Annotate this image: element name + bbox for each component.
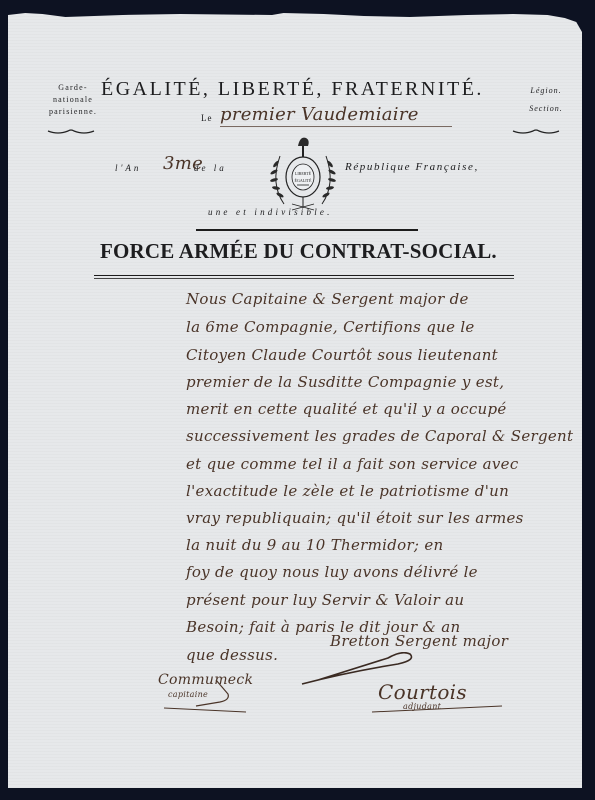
body-line: vray republiquain; qu'il étoit sur les a… — [186, 509, 524, 527]
body-line: que dessus. — [186, 646, 278, 664]
motto-heading: ÉGALITÉ, LIBERTÉ, FRATERNITÉ. — [101, 78, 484, 101]
left-header-line: parisienne. — [40, 106, 106, 118]
left-header-line: nationale — [40, 94, 106, 106]
body-line: l'exactitude le zèle et le patriotisme d… — [186, 482, 509, 500]
left-header-line: Garde- — [40, 82, 106, 94]
republic-label: République Française, — [345, 161, 479, 173]
date-underline — [220, 126, 452, 127]
sergent-major-signature: Bretton Sergent major — [330, 632, 508, 650]
garde-nationale-label: Garde- nationale parisienne. — [40, 82, 106, 118]
courtois-underline — [368, 702, 508, 718]
body-line: merit en cette qualité et qu'il y a occu… — [186, 400, 507, 418]
top-title-rule — [196, 229, 418, 231]
left-flourish-ornament — [46, 128, 96, 136]
section-label: Section. — [520, 100, 572, 118]
body-line: Citoyen Claude Courtôt sous lieutenant — [186, 346, 498, 364]
bottom-title-rule — [94, 275, 514, 276]
body-line: foy de quoy nous luy avons délivré le — [186, 563, 478, 581]
bottom-title-rule-thin — [94, 278, 514, 279]
legion-section-label: Légion. Section. — [520, 82, 572, 118]
year-prefix: l'An — [115, 163, 141, 173]
courtois-signature: Courtois — [378, 680, 467, 704]
document-title: FORCE ARMÉE DU CONTRAT-SOCIAL. — [100, 239, 497, 264]
document-page: Garde- nationale parisienne. Légion. Sec… — [8, 12, 582, 788]
body-line: Nous Capitaine & Sergent major de — [186, 290, 469, 308]
body-line: la nuit du 9 au 10 Thermidor; en — [186, 536, 444, 554]
svg-text:LIBERTÉ: LIBERTÉ — [295, 171, 312, 176]
body-line: la 6me Compagnie, Certifions que le — [186, 318, 475, 336]
date-handwritten: premier Vaudemiaire — [220, 104, 419, 125]
svg-text:ÉGALITÉ: ÉGALITÉ — [295, 178, 312, 183]
capitaine-paraph — [156, 676, 266, 716]
republic-seal-emblem: LIBERTÉ ÉGALITÉ — [266, 134, 340, 214]
right-flourish-ornament — [511, 128, 561, 136]
body-line: et que comme tel il a fait son service a… — [186, 455, 519, 473]
date-prefix: Le — [201, 113, 213, 123]
year-mid: de la — [194, 163, 227, 173]
legion-label: Légion. — [520, 82, 572, 100]
body-line: présent pour luy Servir & Valoir au — [186, 591, 464, 609]
body-line: premier de la Susditte Compagnie y est, — [186, 373, 504, 391]
body-line: successivement les grades de Caporal & S… — [186, 427, 573, 445]
indivisible-label: une et indivisible. — [208, 207, 333, 217]
